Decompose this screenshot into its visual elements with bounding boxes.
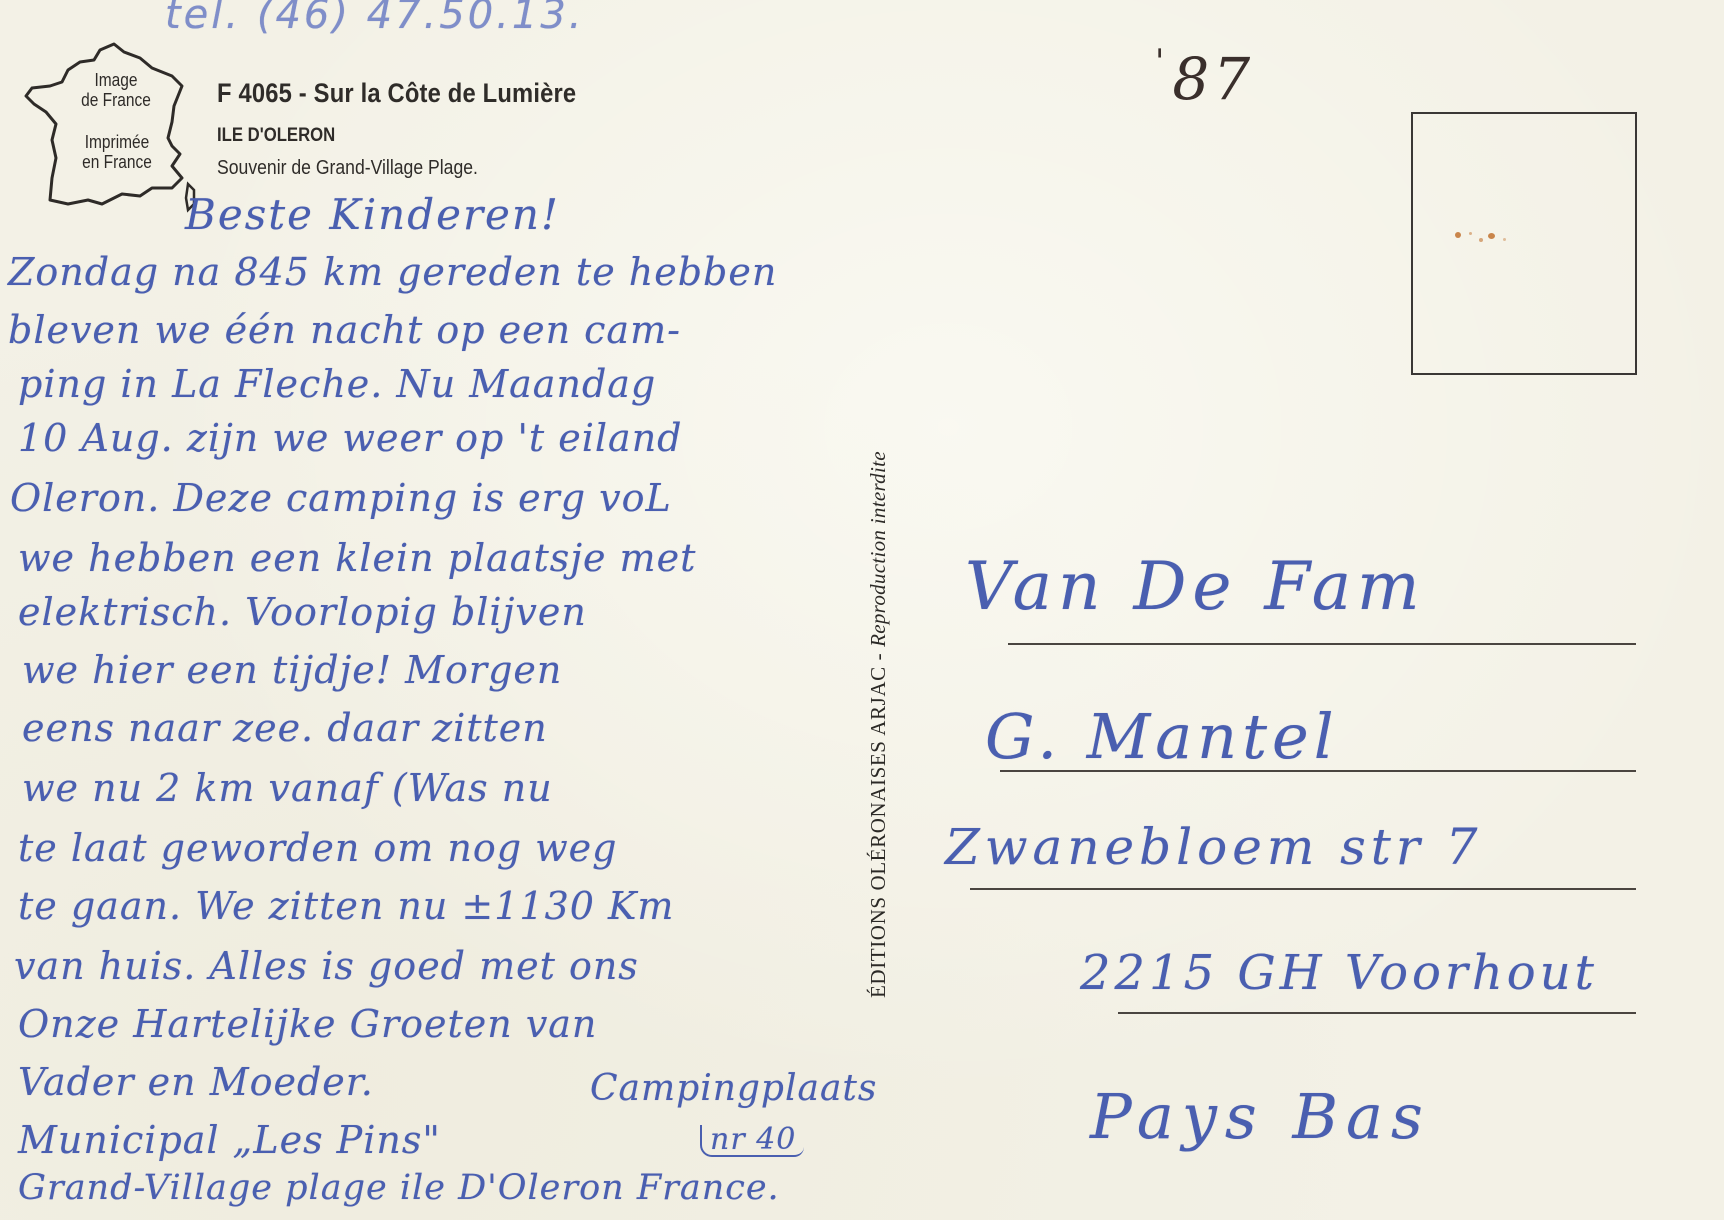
address-rule-3 [970, 888, 1636, 890]
message-line: te laat geworden om nog weg [18, 826, 618, 870]
logo-line3: Imprimée [73, 132, 161, 152]
year-mark-value: 87 [1172, 45, 1254, 113]
phone-note: tel. (46) 47.50.13. [165, 0, 585, 38]
message-greeting: Beste Kinderen! [185, 190, 560, 239]
message-line: Vader en Moeder. [18, 1060, 374, 1104]
postcard-back: tel. (46) 47.50.13. Image de France Impr… [0, 0, 1724, 1220]
message-line: bleven we één nacht op een cam- [8, 308, 681, 352]
message-line: te gaan. We zitten nu ±1130 Km [18, 884, 674, 928]
logo-text-image-de-france: Image de France [75, 70, 158, 110]
printed-caption: Souvenir de Grand-Village Plage. [217, 157, 478, 180]
address-city: 2215 GH Voorhout [1080, 945, 1598, 1001]
message-line: van huis. Alles is goed met ons [14, 944, 639, 988]
message-aside-campingplaats: Campingplaats [590, 1068, 877, 1109]
rust-stain [1455, 232, 1461, 238]
message-line: Grand-Village plage ile D'Oleron France. [18, 1168, 780, 1208]
year-mark: '87 [1155, 42, 1254, 113]
message-line: Municipal „Les Pins" [18, 1118, 441, 1162]
logo-text-imprimee-en-france: Imprimée en France [73, 132, 161, 172]
message-line: we nu 2 km vanaf (Was nu [22, 766, 553, 810]
publisher-name: ÉDITIONS OLÉRONAISES ARJAC [866, 666, 890, 998]
message-line: elektrisch. Voorlopig blijven [18, 590, 587, 634]
rights-notice: Reproduction interdite [866, 451, 890, 647]
message-line: we hier een tijdje! Morgen [22, 648, 562, 692]
address-street: Zwanebloem str 7 [945, 818, 1483, 876]
message-line: 10 Aug. zijn we weer op 't eiland [18, 416, 683, 460]
logo-line2: de France [75, 90, 158, 110]
message-aside-plot: nr 40 [700, 1122, 804, 1157]
rust-stain [1469, 232, 1472, 235]
message-line: Zondag na 845 km gereden te hebben [8, 250, 777, 294]
publisher-credit: ÉDITIONS OLÉRONAISES ARJAC - Reproductio… [866, 451, 891, 998]
address-rule-1 [1008, 643, 1636, 645]
message-line: we hebben een klein plaatsje met [18, 536, 696, 580]
rust-stain [1503, 238, 1506, 241]
rust-stain [1488, 233, 1495, 239]
message-line: Oleron. Deze camping is erg voL [10, 476, 672, 520]
rust-stain [1479, 238, 1483, 242]
address-country: Pays Bas [1090, 1080, 1431, 1153]
message-line: Onze Hartelijke Groeten van [18, 1002, 597, 1046]
address-person: G. Mantel [985, 700, 1339, 773]
france-map-icon [22, 38, 212, 213]
printed-title: F 4065 - Sur la Côte de Lumière [217, 78, 576, 109]
message-line: ping in La Fleche. Nu Maandag [18, 362, 656, 406]
year-mark-tick: ' [1155, 42, 1168, 82]
plot-number: nr 40 [700, 1125, 804, 1157]
address-name: Van De Fam [965, 548, 1426, 625]
address-rule-4 [1118, 1012, 1636, 1014]
logo-line4: en France [73, 152, 161, 172]
message-line: eens naar zee. daar zitten [22, 706, 548, 750]
stamp-box [1411, 112, 1637, 375]
logo-line1: Image [75, 70, 158, 90]
printed-location: ILE D'OLERON [217, 125, 335, 147]
